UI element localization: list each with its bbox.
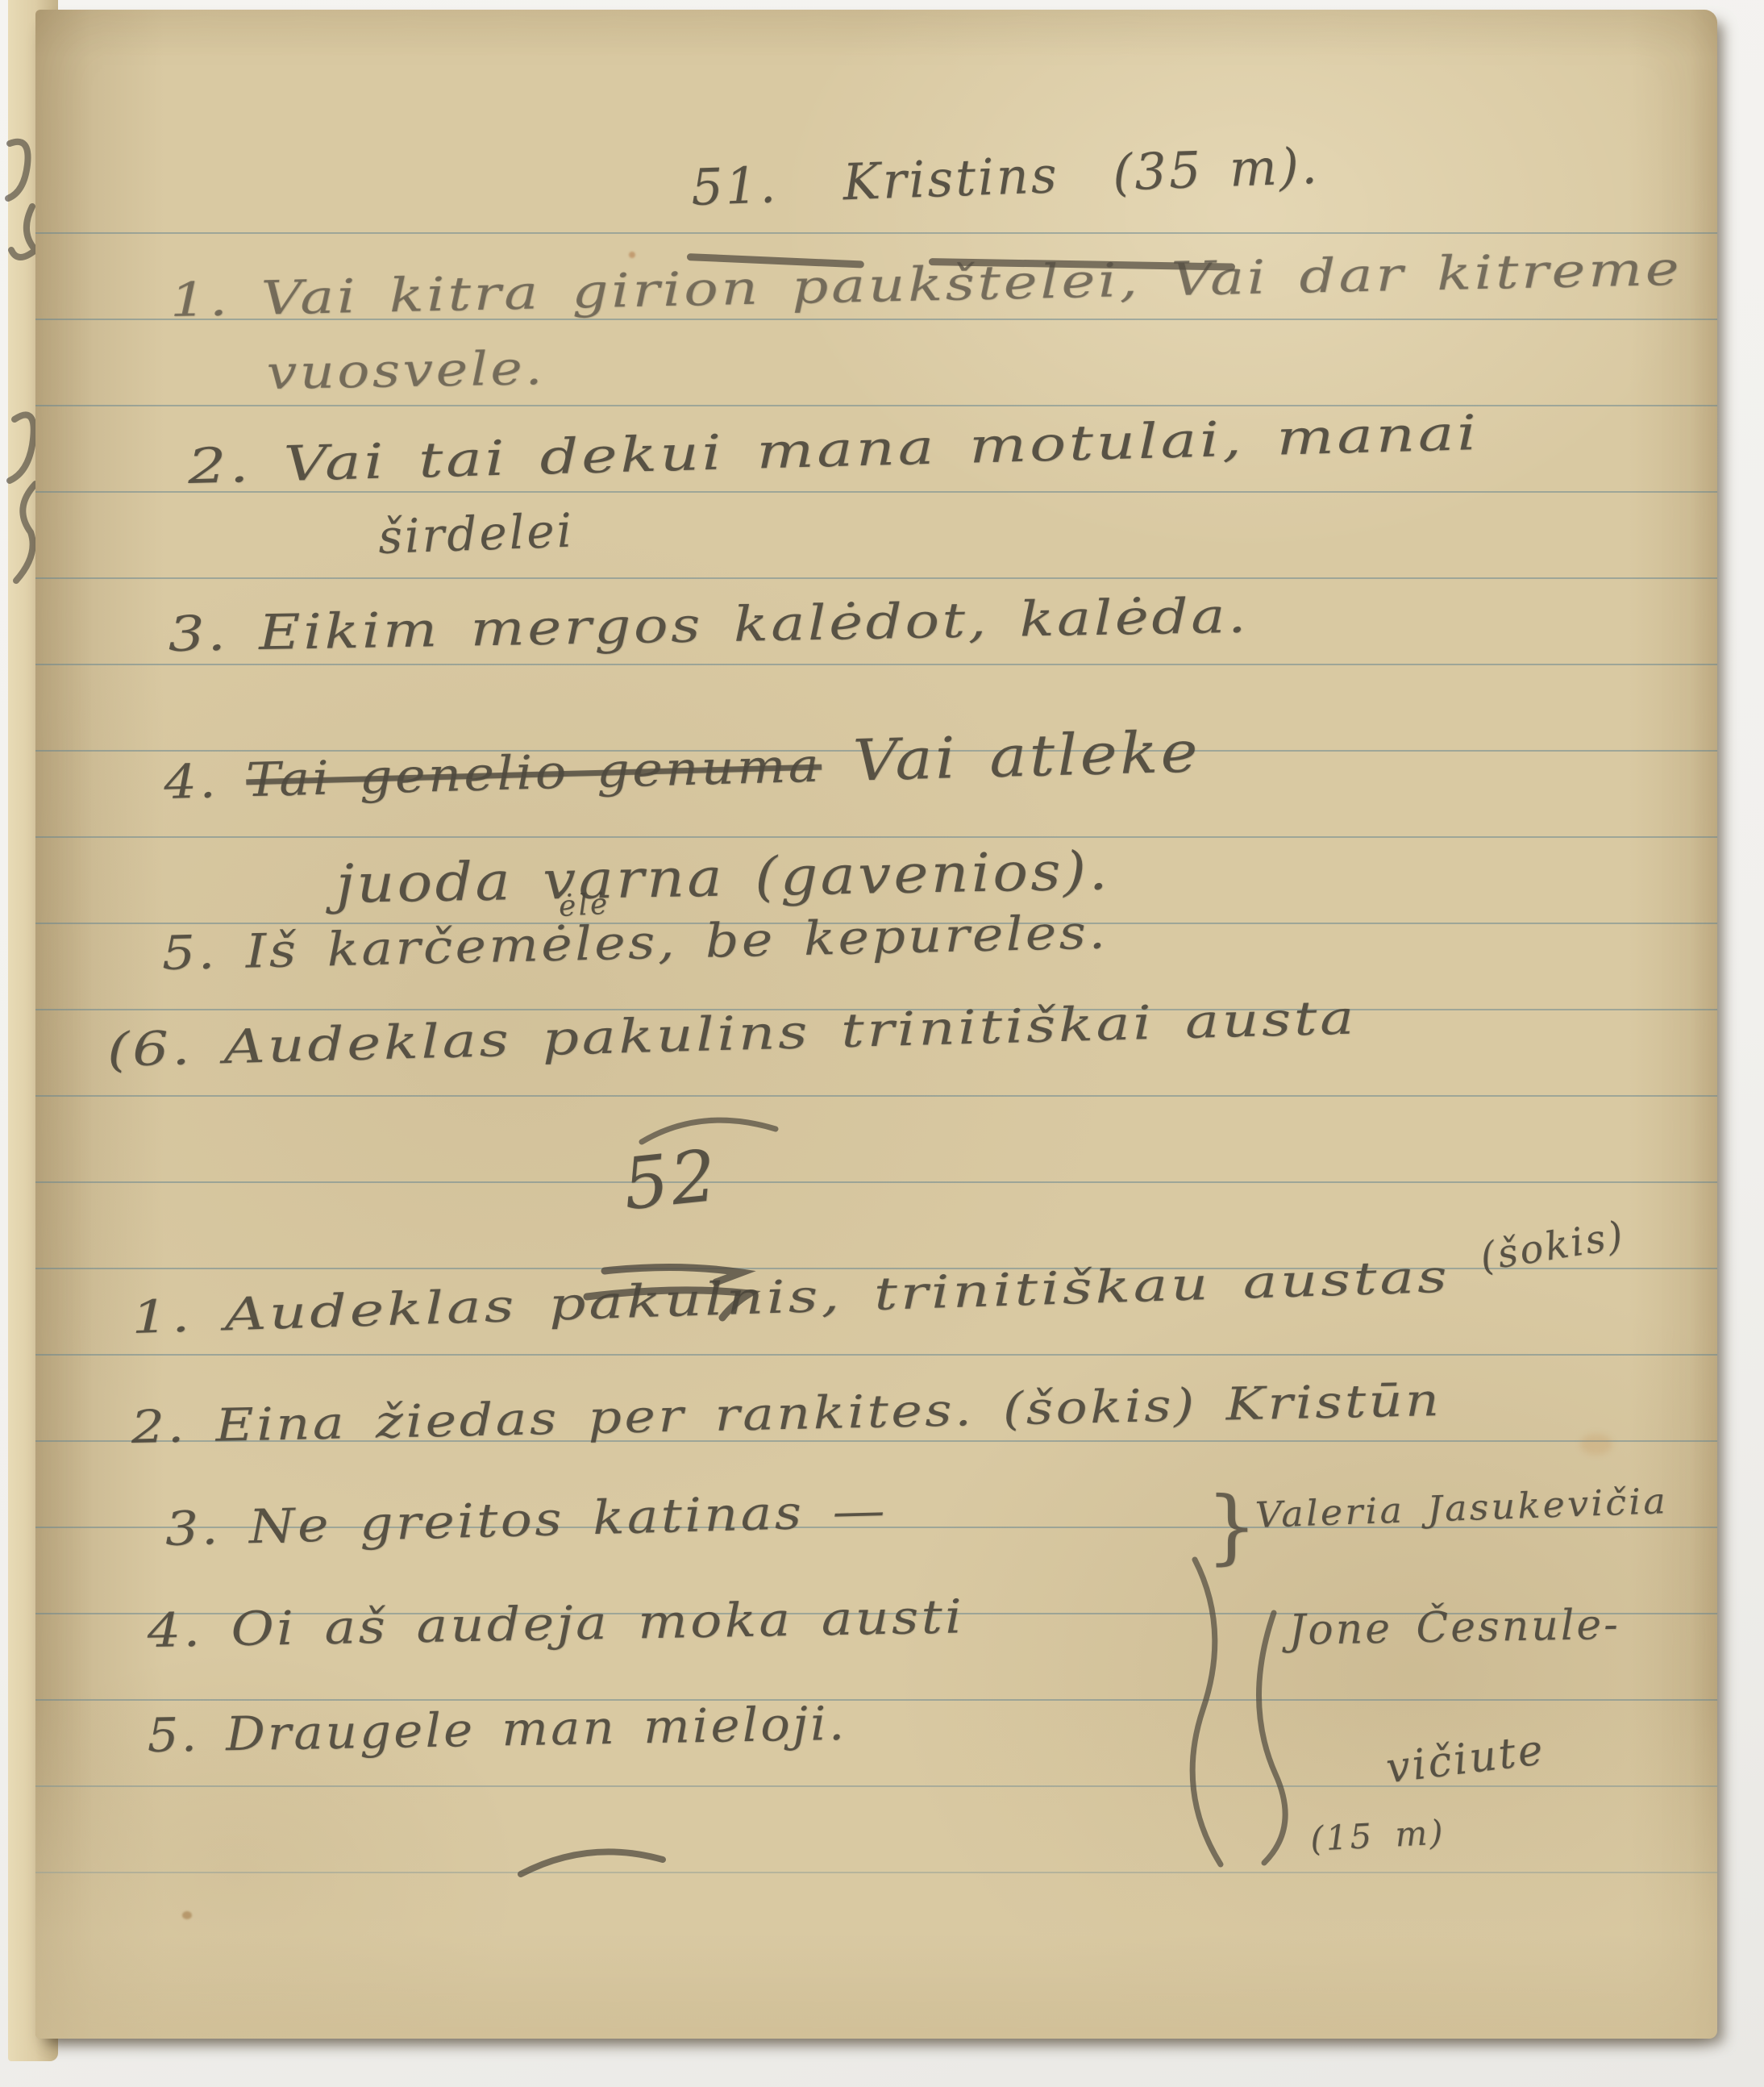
item-text: Vai atleke	[821, 718, 1201, 794]
section-51-number: 51.	[690, 155, 779, 217]
section-51-duration: (35 m).	[1112, 136, 1321, 202]
song-item-continuation: širdelei	[377, 503, 575, 564]
section-51-title: 51. Kristins (35 m).	[690, 136, 1321, 217]
notebook-page: 51. Kristins (35 m). 1. Vai kitra girion…	[35, 10, 1717, 2039]
song-item-continuation: vuosvele.	[266, 340, 545, 400]
performer-name: Jone Česnule-	[1288, 1601, 1620, 1655]
superscript-correction: ėlė	[558, 888, 610, 923]
paper-stain	[182, 1911, 192, 1919]
scanned-notebook-photo: 51. Kristins (35 m). 1. Vai kitra girion…	[0, 0, 1764, 2087]
paper-stain	[629, 252, 635, 258]
section-52-number: 52	[619, 1134, 722, 1227]
paper-stain	[1580, 1434, 1612, 1455]
tall-brace-icon	[1153, 1556, 1330, 1871]
flourish-icon	[516, 1839, 669, 1887]
struck-text: Tai genelio genuma	[245, 738, 822, 808]
item-number: 4.	[163, 752, 247, 810]
section-51-song-name: Kristins	[842, 145, 1059, 211]
